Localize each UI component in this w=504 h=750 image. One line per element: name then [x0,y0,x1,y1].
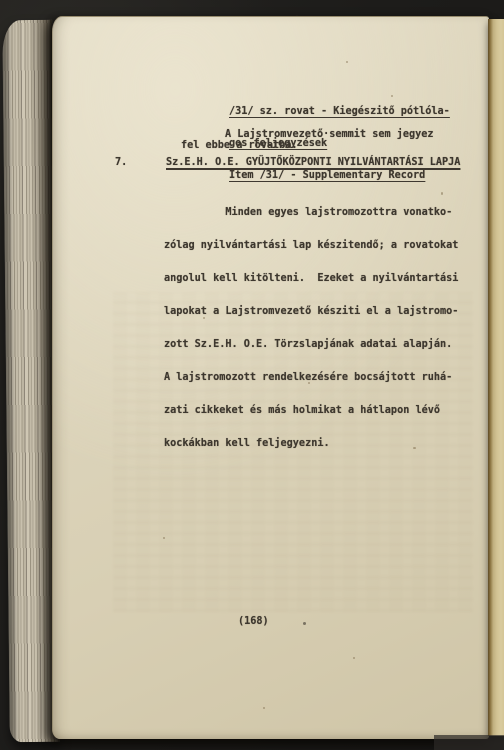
bottom-corner-shadow [434,735,504,750]
body-line: zati cikkeket és más holmikat a hátlapon… [164,405,458,416]
paper-speck [346,61,348,63]
section-title: Sz.E.H. O.E. GYÜJTŐKÖZPONTI NYILVÁNTARTÁ… [166,157,460,168]
adjacent-page-edge [488,19,504,736]
section-number: 7. [115,157,127,168]
body-paragraph: Minden egyes lajstromozottra vonatko- zó… [164,185,458,471]
item-heading-line: /31/ sz. rovat - Kiegészitő pótlóla- [229,107,450,118]
paper-speck [163,537,165,539]
paper-speck [308,382,310,384]
scanned-book-photo: /31/ sz. rovat - Kiegészitő pótlóla- gos… [0,0,504,750]
body-line: Minden egyes lajstromozottra vonatko- [164,207,458,218]
paper-speck [441,192,443,195]
paper-speck [263,707,265,709]
note-line: fel ebbe a rovatba. [181,140,298,151]
page-number: (168) [238,616,269,627]
book-page: /31/ sz. rovat - Kiegészitő pótlóla- gos… [52,16,489,739]
item-heading-line: Item /31/ - Supplementary Record [229,171,450,182]
stray-ink-dot [303,622,306,625]
body-line: zott Sz.E.H. O.E. Törzslapjának adatai a… [164,339,458,350]
body-line: zólag nyilvántartási lap készitendő; a r… [164,240,458,251]
body-line: angolul kell kitölteni. Ezeket a nyilván… [164,273,458,284]
paper-speck [413,447,416,449]
paper-speck [353,657,355,659]
note-line: A Lajstromvezető·semmit sem jegyez [225,129,434,140]
body-line: A lajstromozott rendelkezésére bocsájtot… [164,372,458,383]
paper-speck [391,95,393,97]
paper-speck [203,317,205,319]
body-line: lapokat a Lajstromvezető késziti el a la… [164,306,458,317]
